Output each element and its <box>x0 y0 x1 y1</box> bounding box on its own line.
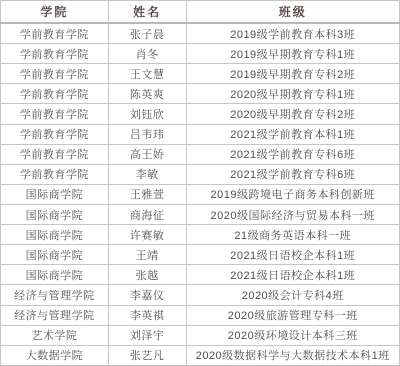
class-cell: 2021级日语校企本科1班 <box>186 245 399 265</box>
student-class-table: 学院 姓名 班级 学前教育学院张子晨2019级学前教育本科3班学前教育学院肖冬2… <box>0 0 400 366</box>
name-cell: 刘钰欣 <box>108 104 186 124</box>
class-cell: 2021级学前教育本科1班 <box>186 124 399 144</box>
table-row: 学前教育学院王文慧2019级早期教育专科2班 <box>1 64 400 84</box>
table-row: 学前教育学院张子晨2019级学前教育本科3班 <box>1 23 400 44</box>
name-cell: 商海征 <box>108 204 186 224</box>
college-cell: 国际商学院 <box>1 245 109 265</box>
college-cell: 国际商学院 <box>1 184 109 204</box>
name-cell: 陈英爽 <box>108 84 186 104</box>
table-row: 国际商学院商海征2020级国际经济与贸易本科一班 <box>1 204 400 224</box>
class-cell: 2019级跨境电子商务本科创新班 <box>186 184 399 204</box>
table-row: 学前教育学院李敏2021级学前教育专科6班 <box>1 164 400 184</box>
class-cell: 2019级早期教育专科1班 <box>186 44 399 64</box>
table-row: 经济与管理学院李英祺2020级旅游管理专科一班 <box>1 305 400 325</box>
name-cell: 张越 <box>108 265 186 285</box>
header-class: 班级 <box>186 1 399 24</box>
college-cell: 艺术学院 <box>1 325 109 345</box>
name-cell: 吕韦玮 <box>108 124 186 144</box>
header-college: 学院 <box>1 1 109 24</box>
table-row: 学前教育学院陈英爽2020级早期教育专科1班 <box>1 84 400 104</box>
class-cell: 2020级旅游管理专科一班 <box>186 305 399 325</box>
table-row: 经济与管理学院李嘉仪2020级会计专科4班 <box>1 285 400 305</box>
table-row: 国际商学院王靖2021级日语校企本科1班 <box>1 245 400 265</box>
name-cell: 张艺凡 <box>108 345 186 365</box>
name-cell: 刘泽宇 <box>108 325 186 345</box>
header-name: 姓名 <box>108 1 186 24</box>
name-cell: 张子晨 <box>108 23 186 44</box>
college-cell: 学前教育学院 <box>1 164 109 184</box>
college-cell: 国际商学院 <box>1 225 109 245</box>
class-cell: 2020级数据科学与大数据技术本科1班 <box>186 345 399 365</box>
class-cell: 2020级会计专科4班 <box>186 285 399 305</box>
class-cell: 2021级日语校企本科1班 <box>186 265 399 285</box>
name-cell: 王文慧 <box>108 64 186 84</box>
table-body: 学前教育学院张子晨2019级学前教育本科3班学前教育学院肖冬2019级早期教育专… <box>1 23 400 366</box>
table-row: 大数据学院张艺凡2020级数据科学与大数据技术本科1班 <box>1 345 400 365</box>
college-cell: 国际商学院 <box>1 265 109 285</box>
class-cell: 2019级学前教育本科3班 <box>186 23 399 44</box>
table-row: 学前教育学院肖冬2019级早期教育专科1班 <box>1 44 400 64</box>
table-header-row: 学院 姓名 班级 <box>1 1 400 24</box>
class-cell: 2020级早期教育专科2班 <box>186 104 399 124</box>
college-cell: 学前教育学院 <box>1 23 109 44</box>
class-cell: 2021级学前教育专科6班 <box>186 164 399 184</box>
college-cell: 学前教育学院 <box>1 104 109 124</box>
table-row: 学前教育学院吕韦玮2021级学前教育本科1班 <box>1 124 400 144</box>
college-cell: 学前教育学院 <box>1 44 109 64</box>
class-cell: 2020级环境设计本科三班 <box>186 325 399 345</box>
class-cell: 2021级学前教育专科6班 <box>186 144 399 164</box>
name-cell: 李嘉仪 <box>108 285 186 305</box>
college-cell: 学前教育学院 <box>1 84 109 104</box>
class-cell: 2020级早期教育专科1班 <box>186 84 399 104</box>
table-row: 学前教育学院刘钰欣2020级早期教育专科2班 <box>1 104 400 124</box>
name-cell: 许赛敏 <box>108 225 186 245</box>
college-cell: 大数据学院 <box>1 345 109 365</box>
class-cell: 2019级早期教育专科2班 <box>186 64 399 84</box>
table-row: 国际商学院张越2021级日语校企本科1班 <box>1 265 400 285</box>
name-cell: 高王娇 <box>108 144 186 164</box>
table-row: 艺术学院刘泽宇2020级环境设计本科三班 <box>1 325 400 345</box>
college-cell: 国际商学院 <box>1 204 109 224</box>
name-cell: 王靖 <box>108 245 186 265</box>
name-cell: 李敏 <box>108 164 186 184</box>
college-cell: 经济与管理学院 <box>1 305 109 325</box>
college-cell: 学前教育学院 <box>1 124 109 144</box>
college-cell: 学前教育学院 <box>1 144 109 164</box>
table-row: 国际商学院王雅萱2019级跨境电子商务本科创新班 <box>1 184 400 204</box>
class-cell: 2020级国际经济与贸易本科一班 <box>186 204 399 224</box>
name-cell: 李英祺 <box>108 305 186 325</box>
name-cell: 肖冬 <box>108 44 186 64</box>
college-cell: 学前教育学院 <box>1 64 109 84</box>
college-cell: 经济与管理学院 <box>1 285 109 305</box>
table-row: 国际商学院许赛敏21级商务英语本科一班 <box>1 225 400 245</box>
name-cell: 王雅萱 <box>108 184 186 204</box>
class-cell: 21级商务英语本科一班 <box>186 225 399 245</box>
table-row: 学前教育学院高王娇2021级学前教育专科6班 <box>1 144 400 164</box>
